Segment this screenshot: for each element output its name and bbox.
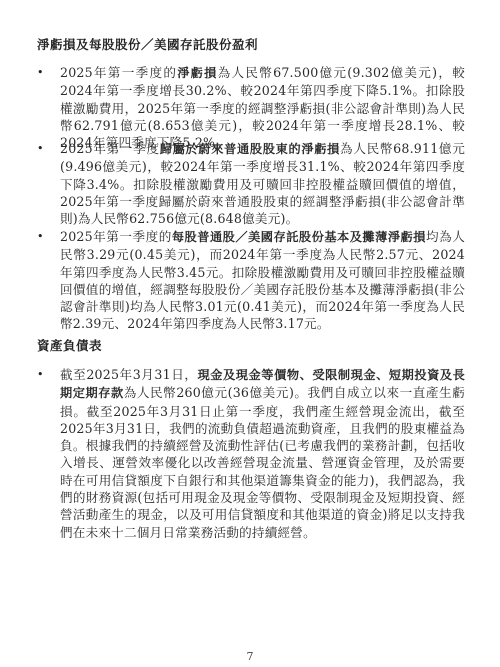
text-segment: 2025年第一季度的 bbox=[60, 229, 172, 244]
section-heading-net-loss: 淨虧損及每股股份／美國存託股份盈利 bbox=[37, 35, 258, 53]
section-heading-balance-sheet: 資產負債表 bbox=[37, 336, 102, 354]
bullet-text: 2025年第一季度的淨虧損為人民幣67.500億元(9.302億美元)，較202… bbox=[60, 64, 465, 151]
bullet-icon: • bbox=[37, 228, 44, 245]
bullet-icon: • bbox=[37, 140, 44, 157]
text-segment: 為人民幣260億元(36億美元)。我們自成立以來一直產生虧損。截至2025年3月… bbox=[60, 385, 465, 539]
bullet-text: 截至2025年3月31日，現金及現金等價物、受限制現金、短期投資及長期定期存款為… bbox=[60, 366, 465, 541]
text-segment: 均為人民幣3.29元(0.45美元)，而2024年第一季度為人民幣2.57元、2… bbox=[60, 229, 465, 331]
bold-term-net-loss: 淨虧損 bbox=[177, 66, 217, 80]
text-segment: 2025年第一季度的 bbox=[60, 65, 177, 80]
text-segment: 截至2025年3月31日， bbox=[60, 367, 198, 382]
bold-term-per-share-loss: 每股普通股／美國存託股份基本及攤薄淨虧損 bbox=[172, 230, 426, 244]
page-number: 7 bbox=[0, 650, 500, 663]
text-segment: 2025年第一季度 bbox=[60, 141, 160, 156]
bullet-text: 2025年第一季度歸屬於蔚來普通股股東的淨虧損為人民幣68.911億元(9.49… bbox=[60, 140, 465, 227]
bullet-text: 2025年第一季度的每股普通股／美國存託股份基本及攤薄淨虧損均為人民幣3.29元… bbox=[60, 228, 465, 333]
bold-term-net-loss-attributable: 歸屬於蔚來普通股股東的淨虧損 bbox=[160, 142, 340, 156]
bullet-icon: • bbox=[37, 366, 44, 383]
bullet-icon: • bbox=[37, 64, 44, 81]
